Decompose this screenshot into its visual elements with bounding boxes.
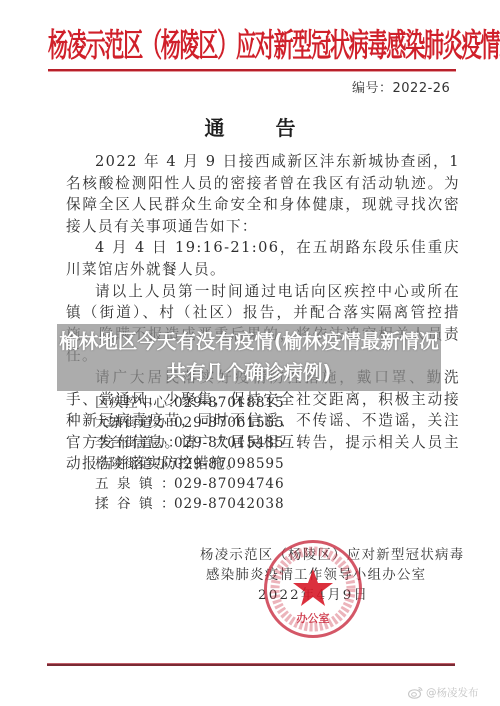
contact-row: 区疾控中心： 029-87018815 xyxy=(95,393,395,413)
contact-row: 大寨街道办： 029-87061555 xyxy=(95,413,395,433)
signature-line-2: 感染肺炎疫情工作领导小组办公室 xyxy=(206,566,426,586)
contact-list: 区疾控中心： 029-87018815 大寨街道办： 029-87061555 … xyxy=(95,393,395,514)
contact-row: 杨陵街道办： 029-87098595 xyxy=(95,454,395,474)
document-number: 编号：2022-26 xyxy=(352,77,450,96)
contact-name: 大寨街道办： xyxy=(95,413,174,433)
signature-line-1: 杨凌示范区（杨陵区）应对新型冠状病毒 xyxy=(200,546,464,566)
seal-label: 办公室 xyxy=(267,610,359,626)
headline-overlay-text: 榆林地区今天有没有疫情(榆林疫情最新情况共有几个确诊病例) xyxy=(57,326,441,388)
paragraph-location: 4 月 4 日 19:16-21:06，在五胡路东段乐佳重庆川菜馆店外就餐人员。 xyxy=(66,237,460,280)
weibo-icon xyxy=(408,686,423,699)
contact-phone: 029-87094746 xyxy=(174,474,285,494)
footer-divider xyxy=(47,663,455,666)
contact-row: 五泉镇： 029-87094746 xyxy=(95,474,395,494)
contact-phone: 029-87015435 xyxy=(174,433,285,453)
contact-row: 揉谷镇： 029-87042038 xyxy=(95,494,395,514)
contact-phone: 029-87061555 xyxy=(174,413,285,433)
contact-row: 李台街道办： 029-87015435 xyxy=(95,433,395,453)
contact-phone: 029-87018815 xyxy=(174,393,285,413)
watermark: @杨凌发布 xyxy=(408,685,479,700)
contact-name: 区疾控中心： xyxy=(95,393,174,413)
notice-title: 通 告 xyxy=(0,112,500,141)
signature-date: 2022年4月9日 xyxy=(258,586,369,606)
contact-phone: 029-87098595 xyxy=(174,454,285,474)
contact-name: 杨陵街道办： xyxy=(95,454,174,474)
watermark-text: @杨凌发布 xyxy=(426,685,479,700)
contact-name: 五泉镇： xyxy=(95,474,174,494)
paragraph-intro: 2022 年 4 月 9 日接西咸新区沣东新城协查函，1 名核酸检测阳性人员的密… xyxy=(66,151,460,237)
contact-name: 李台街道办： xyxy=(95,433,174,453)
header-divider xyxy=(48,69,456,72)
contact-name: 揉谷镇： xyxy=(95,494,174,514)
contact-phone: 029-87042038 xyxy=(174,494,285,514)
